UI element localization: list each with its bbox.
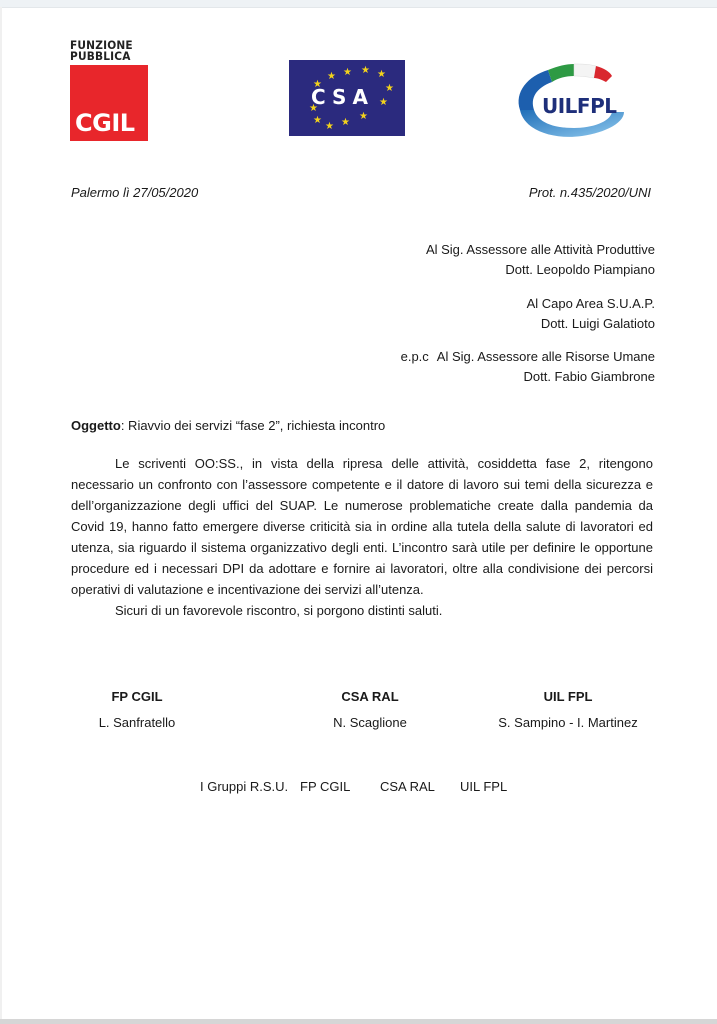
signature-block: FP CGIL L. Sanfratello <box>37 689 237 730</box>
recipient-block: Al Capo Area S.U.A.P. Dott. Luigi Galati… <box>527 294 655 334</box>
rsu-group: CSA RAL <box>380 779 460 794</box>
subject-line: Oggetto: Riavvio dei servizi “fase 2”, r… <box>71 418 385 433</box>
signature-org: UIL FPL <box>468 689 668 715</box>
star-icon: ★ <box>385 84 394 94</box>
signature-org: FP CGIL <box>37 689 237 715</box>
signature-name: N. Scaglione <box>333 715 407 730</box>
rsu-group: FP CGIL <box>300 779 380 794</box>
signature-name: L. Sanfratello <box>99 715 176 730</box>
signature-block: UIL FPL S. Sampino - I. Martinez <box>468 689 668 730</box>
signature-block: CSA RAL N. Scaglione <box>270 689 470 730</box>
csa-logo: ★ ★ ★ ★ ★ ★ ★ ★ ★ ★ ★ ★ CSA <box>289 60 405 136</box>
rsu-label: I Gruppi R.S.U. <box>200 779 300 794</box>
rsu-group: UIL FPL <box>460 779 507 794</box>
star-icon: ★ <box>313 116 322 126</box>
uil-logo-word: UILFPL <box>542 94 617 118</box>
subject-text: : Riavvio dei servizi “fase 2”, richiest… <box>121 418 385 433</box>
protocol-number: Prot. n.435/2020/UNI <box>529 185 651 200</box>
star-icon: ★ <box>379 98 388 108</box>
signature-name: S. Sampino - I. Martinez <box>498 715 637 730</box>
signature-org: CSA RAL <box>270 689 470 715</box>
cgil-logo-word: CGIL <box>75 109 135 137</box>
star-icon: ★ <box>343 68 352 78</box>
recipient-title: Al Sig. Assessore alle Attività Produtti… <box>426 240 655 260</box>
viewer-bottom-bar <box>0 1019 717 1024</box>
fp-cgil-logo: FUNZIONE PUBBLICA CGIL <box>70 40 150 141</box>
recipient-block: Al Sig. Assessore alle Attività Produtti… <box>426 240 655 280</box>
uil-fpl-logo: UILFPL <box>512 52 642 142</box>
letter-date: Palermo lì 27/05/2020 <box>71 185 198 200</box>
cgil-logo-top-line2: PUBBLICA <box>70 51 144 62</box>
recipient-name: Dott. Luigi Galatioto <box>527 314 655 334</box>
star-icon: ★ <box>341 118 350 128</box>
star-icon: ★ <box>361 66 370 76</box>
csa-logo-word: CSA <box>311 85 374 109</box>
star-icon: ★ <box>359 112 368 122</box>
star-icon: ★ <box>325 122 334 132</box>
closing-paragraph: Sicuri di un favorevole riscontro, si po… <box>71 600 653 621</box>
rsu-groups-line: I Gruppi R.S.U.FP CGILCSA RALUIL FPL <box>200 779 507 794</box>
viewer-left-edge <box>0 7 2 1019</box>
cgil-logo-red-box: CGIL <box>70 65 148 141</box>
recipient-name: Dott. Leopoldo Piampiano <box>426 260 655 280</box>
letter-body: Le scriventi OO:SS., in vista della ripr… <box>71 453 653 621</box>
recipient-title: Al Sig. Assessore alle Risorse Umane <box>437 349 655 364</box>
body-paragraph: Le scriventi OO:SS., in vista della ripr… <box>71 453 653 600</box>
cc-prefix: e.p.c <box>401 349 429 364</box>
recipient-block-cc: e.p.cAl Sig. Assessore alle Risorse Uman… <box>401 347 655 387</box>
subject-label: Oggetto <box>71 418 121 433</box>
star-icon: ★ <box>327 72 336 82</box>
recipient-name: Dott. Fabio Giambrone <box>401 367 655 387</box>
recipient-title: Al Capo Area S.U.A.P. <box>527 294 655 314</box>
star-icon: ★ <box>377 70 386 80</box>
viewer-top-bar <box>0 0 717 8</box>
